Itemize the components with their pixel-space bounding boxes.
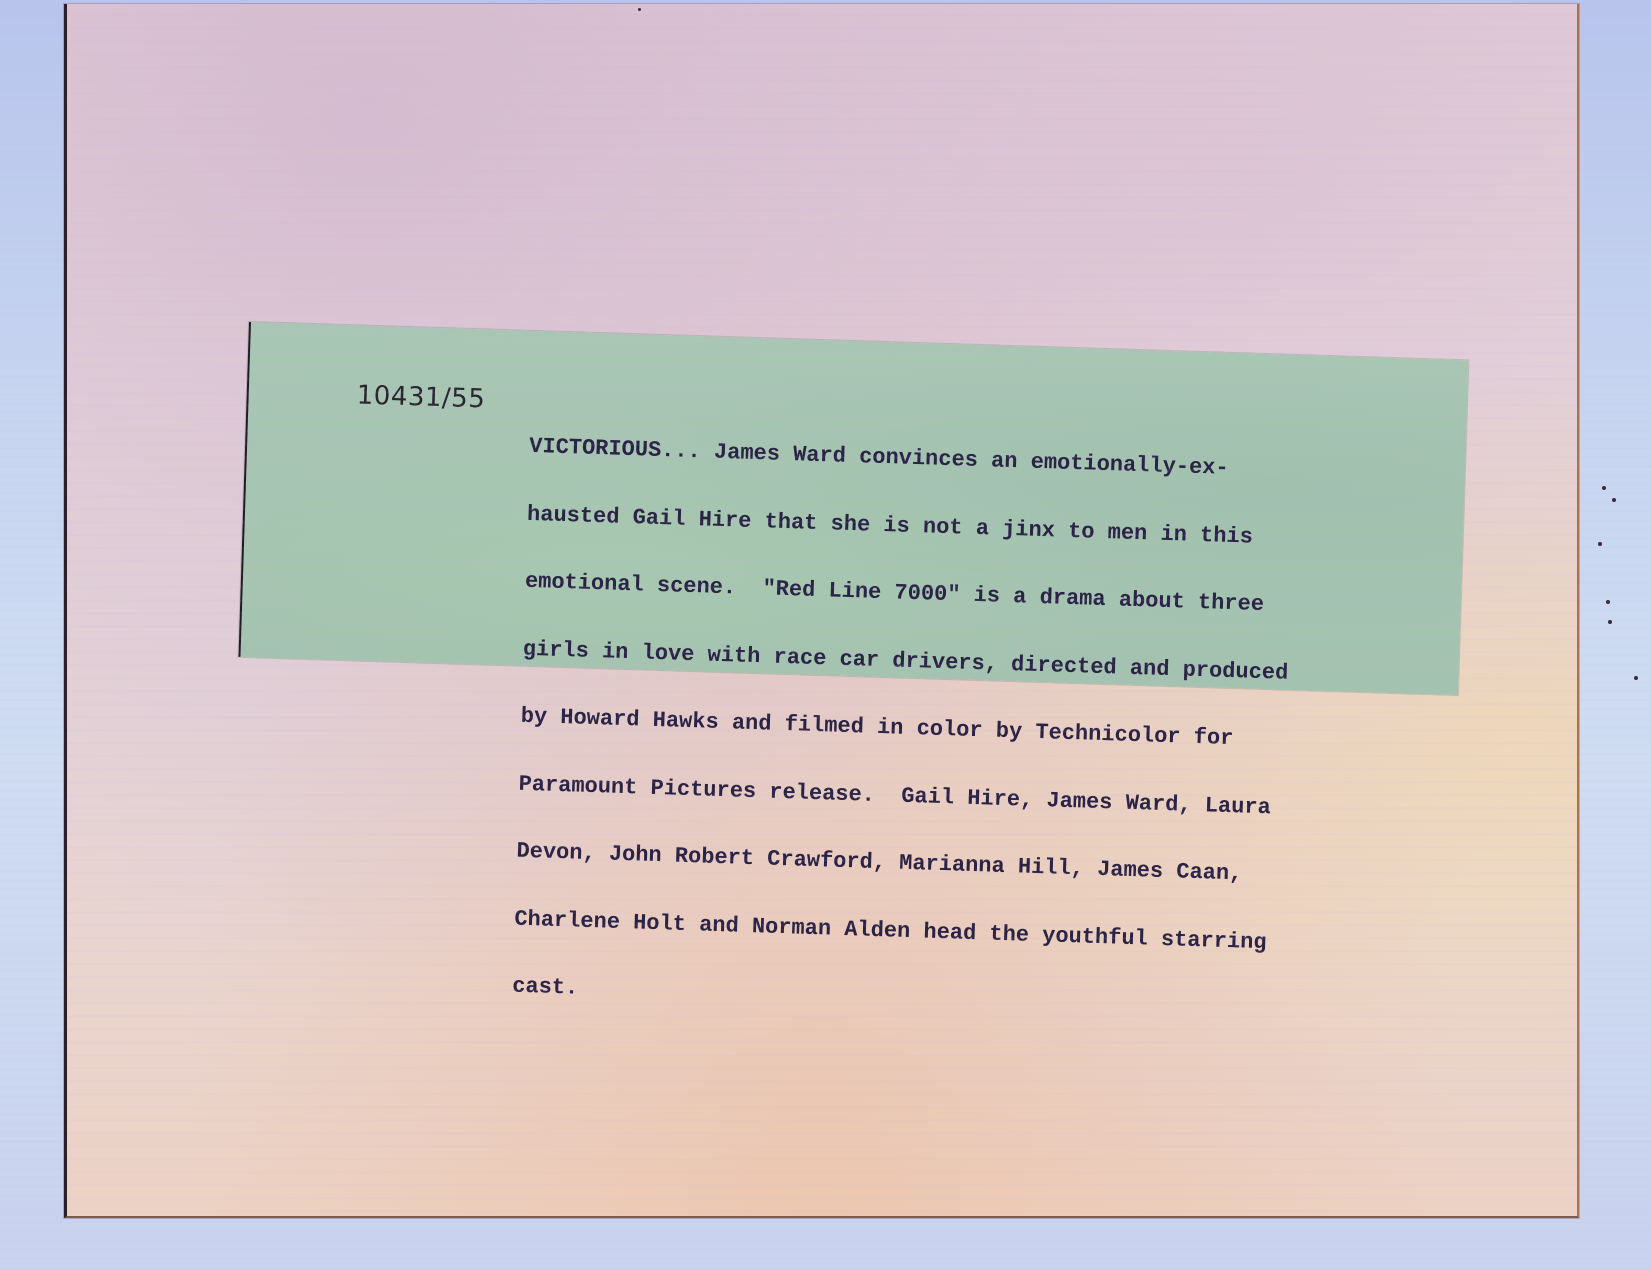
- caption-line: Devon, John Robert Crawford, Marianna Hi…: [516, 841, 1366, 890]
- caption-line: girls in love with race car drivers, dir…: [522, 638, 1372, 687]
- caption-line: by Howard Hawks and filmed in color by T…: [520, 706, 1370, 755]
- dust-speck: [1612, 498, 1616, 502]
- dust-speck: [1608, 620, 1612, 624]
- caption-line: Paramount Pictures release. Gail Hire, J…: [518, 773, 1368, 822]
- reference-number: 10431/55: [356, 380, 485, 414]
- dust-speck: [1602, 486, 1606, 490]
- photo-back-sheet: 10431/55 VICTORIOUS... James Ward convin…: [64, 4, 1579, 1218]
- dust-speck: [1598, 542, 1602, 546]
- dust-speck: [1634, 676, 1638, 680]
- caption-slip: 10431/55 VICTORIOUS... James Ward convin…: [238, 322, 1468, 695]
- caption-text: VICTORIOUS... James Ward convinces an em…: [510, 391, 1380, 1070]
- caption-line: hausted Gail Hire that she is not a jinx…: [527, 503, 1377, 552]
- dust-speck: [1606, 600, 1610, 604]
- caption-line: VICTORIOUS... James Ward convinces an em…: [529, 436, 1379, 485]
- caption-line: cast.: [512, 976, 1362, 1025]
- dust-speck: [638, 8, 641, 11]
- caption-line: emotional scene. "Red Line 7000" is a dr…: [525, 571, 1375, 620]
- caption-line: Charlene Holt and Norman Alden head the …: [514, 908, 1364, 957]
